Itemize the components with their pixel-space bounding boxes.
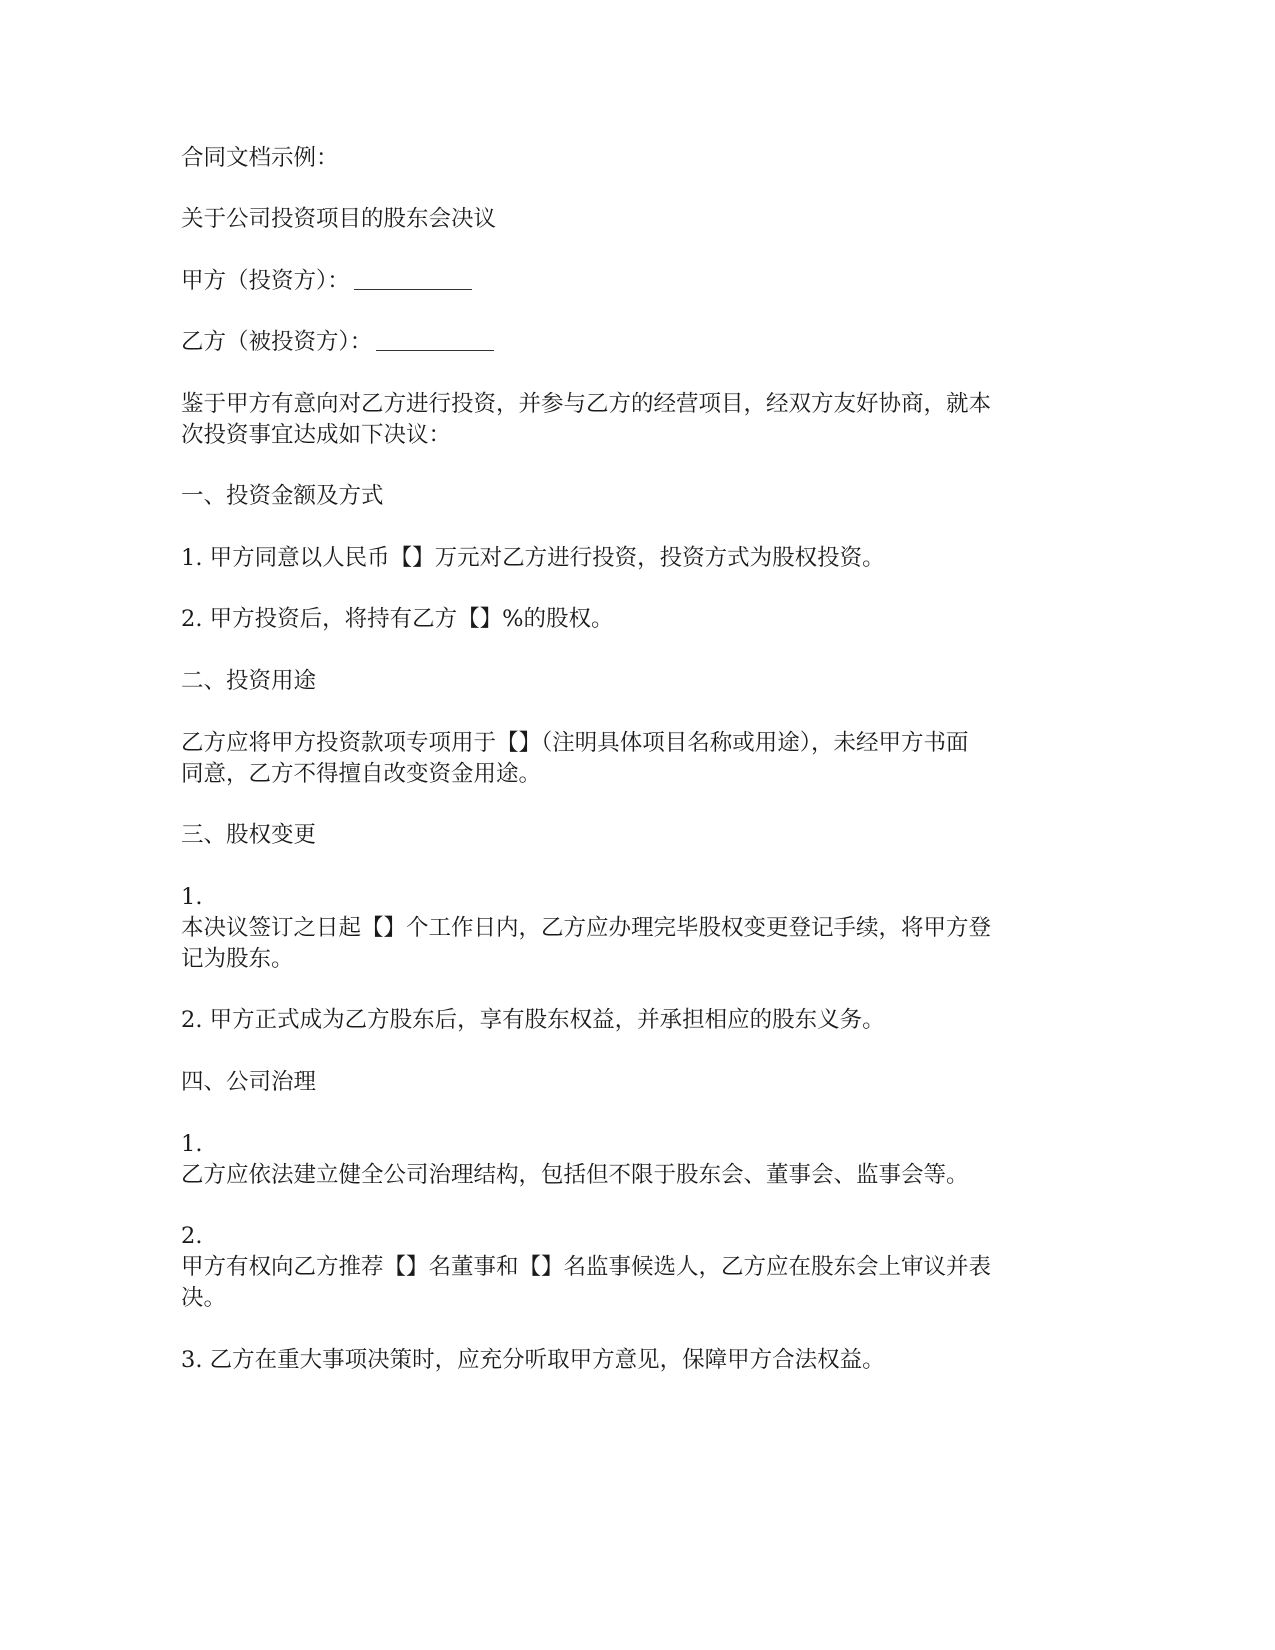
section-heading: 四、公司治理 bbox=[181, 1067, 316, 1098]
preamble-line: 鉴于甲方有意向对乙方进行投资，并参与乙方的经营项目，经双方友好协商，就本 bbox=[181, 389, 991, 420]
clause-line: 同意，乙方不得擅自改变资金用途。 bbox=[181, 759, 541, 790]
party-b-label: 乙方（被投资方）： bbox=[181, 329, 372, 355]
clause-line: 2. 甲方投资后，将持有乙方【】%的股权。 bbox=[181, 604, 614, 635]
party-a-field: 甲方（投资方）： bbox=[181, 266, 472, 297]
clause-line: 2. bbox=[181, 1221, 202, 1252]
clause-line: 1. 甲方同意以人民币【】万元对乙方进行投资，投资方式为股权投资。 bbox=[181, 543, 885, 574]
party-b-blank bbox=[376, 330, 494, 351]
intro-label: 合同文档示例： bbox=[181, 143, 339, 174]
clause-line: 乙方应依法建立健全公司治理结构，包括但不限于股东会、董事会、监事会等。 bbox=[181, 1160, 969, 1191]
party-a-label: 甲方（投资方）： bbox=[181, 268, 350, 294]
clause-line: 记为股东。 bbox=[181, 944, 294, 975]
document-title: 关于公司投资项目的股东会决议 bbox=[181, 204, 496, 235]
clause-line: 1. bbox=[181, 882, 202, 913]
clause-line: 2. 甲方正式成为乙方股东后，享有股东权益，并承担相应的股东义务。 bbox=[181, 1005, 885, 1036]
section-heading: 三、股权变更 bbox=[181, 820, 316, 851]
party-a-blank bbox=[354, 269, 472, 290]
clause-line: 甲方有权向乙方推荐【】名董事和【】名监事候选人，乙方应在股东会上审议并表 bbox=[181, 1252, 991, 1283]
clause-line: 乙方应将甲方投资款项专项用于【】（注明具体项目名称或用途），未经甲方书面 bbox=[181, 728, 969, 759]
clause-line: 决。 bbox=[181, 1283, 226, 1314]
party-b-field: 乙方（被投资方）： bbox=[181, 327, 494, 358]
clause-line: 1. bbox=[181, 1129, 202, 1160]
clause-line: 本决议签订之日起【】个工作日内，乙方应办理完毕股权变更登记手续，将甲方登 bbox=[181, 913, 991, 944]
section-heading: 一、投资金额及方式 bbox=[181, 481, 384, 512]
section-heading: 二、投资用途 bbox=[181, 666, 316, 697]
preamble-line: 次投资事宜达成如下决议： bbox=[181, 420, 451, 451]
clause-line: 3. 乙方在重大事项决策时，应充分听取甲方意见，保障甲方合法权益。 bbox=[181, 1345, 885, 1376]
